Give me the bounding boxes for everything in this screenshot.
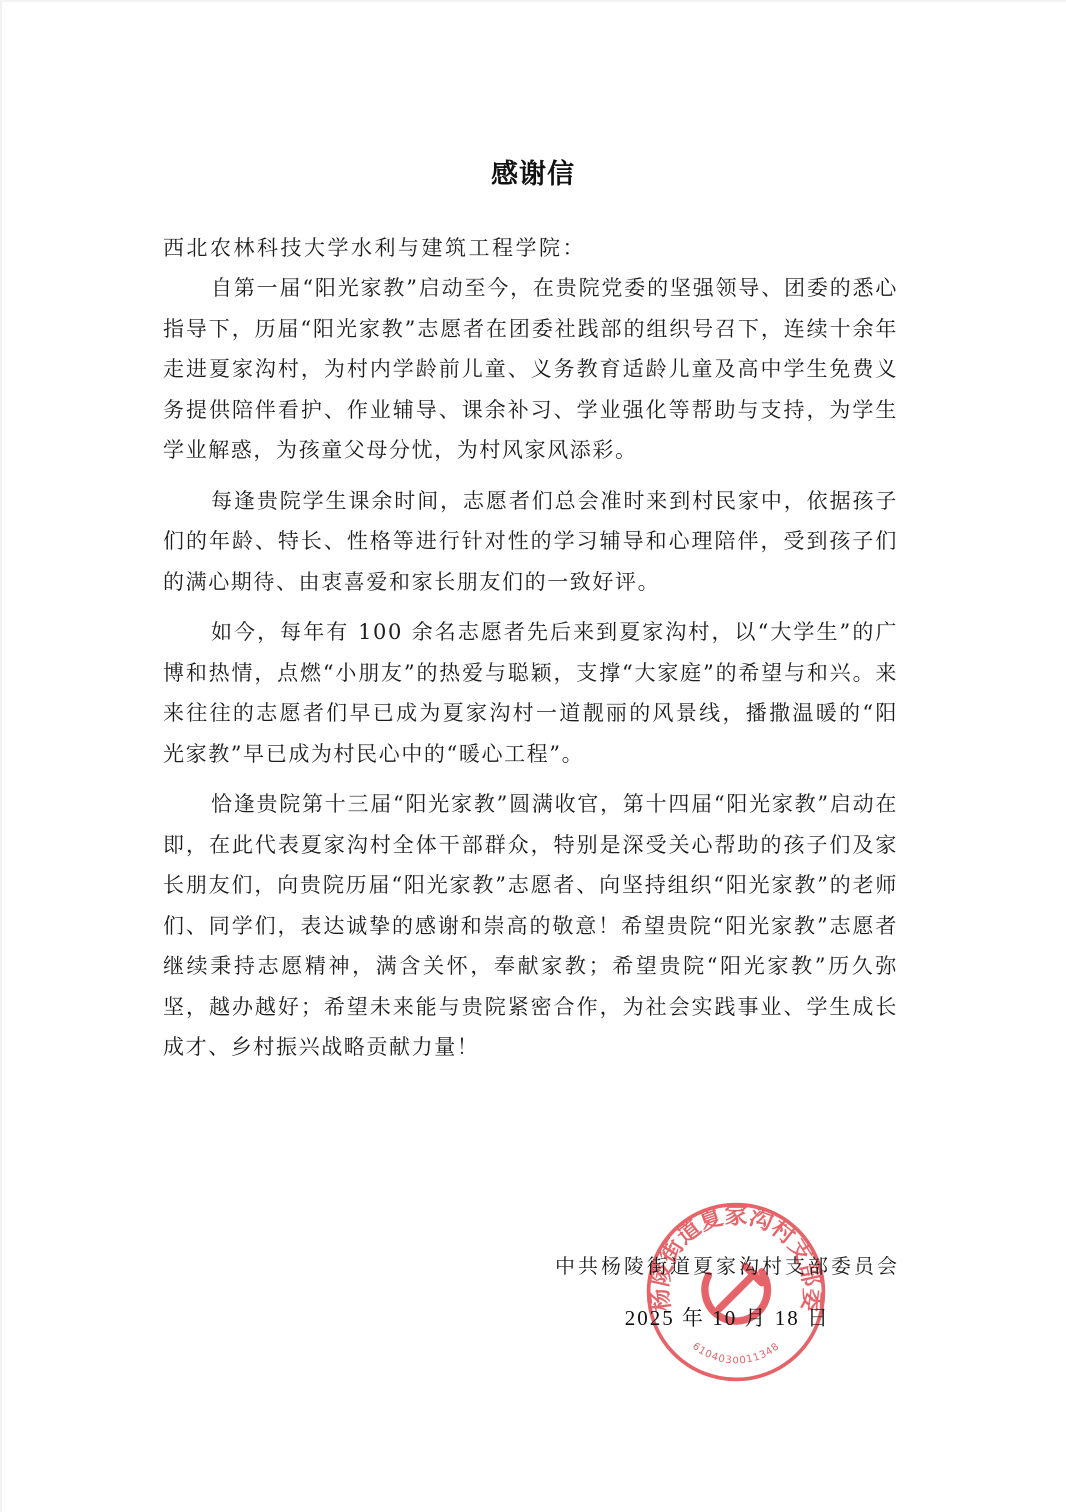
- paragraph-2: 每逢贵院学生课余时间，志愿者们总会准时来到村民家中，依据孩子们的年龄、特长、性格…: [163, 481, 898, 603]
- letter-title: 感谢信: [0, 152, 1066, 191]
- paragraph-4: 恰逢贵院第十三届“阳光家教”圆满收官，第十四届“阳光家教”启动在即，在此代表夏家…: [163, 784, 898, 1068]
- paragraph-1: 自第一届“阳光家教”启动至今，在贵院党委的坚强领导、团委的悉心指导下，历届“阳光…: [163, 268, 898, 471]
- signature-organization: 中共杨陵街道夏家沟村支部委员会: [530, 1250, 900, 1279]
- salutation: 西北农林科技大学水利与建筑工程学院：: [163, 232, 586, 262]
- signature-date: 2025 年 10 月 18 日: [580, 1302, 830, 1332]
- paragraph-3: 如今，每年有 100 余名志愿者先后来到夏家沟村，以“大学生”的广博和热情，点燃…: [163, 612, 898, 774]
- svg-text:6104030011348: 6104030011348: [690, 1341, 782, 1366]
- letter-body: 自第一届“阳光家教”启动至今，在贵院党委的坚强领导、团委的悉心指导下，历届“阳光…: [163, 268, 898, 1078]
- seal-code: 6104030011348: [690, 1341, 782, 1366]
- official-seal-icon: 中共杨陵街道夏家沟村支部委员会 6104030011348: [644, 1200, 828, 1384]
